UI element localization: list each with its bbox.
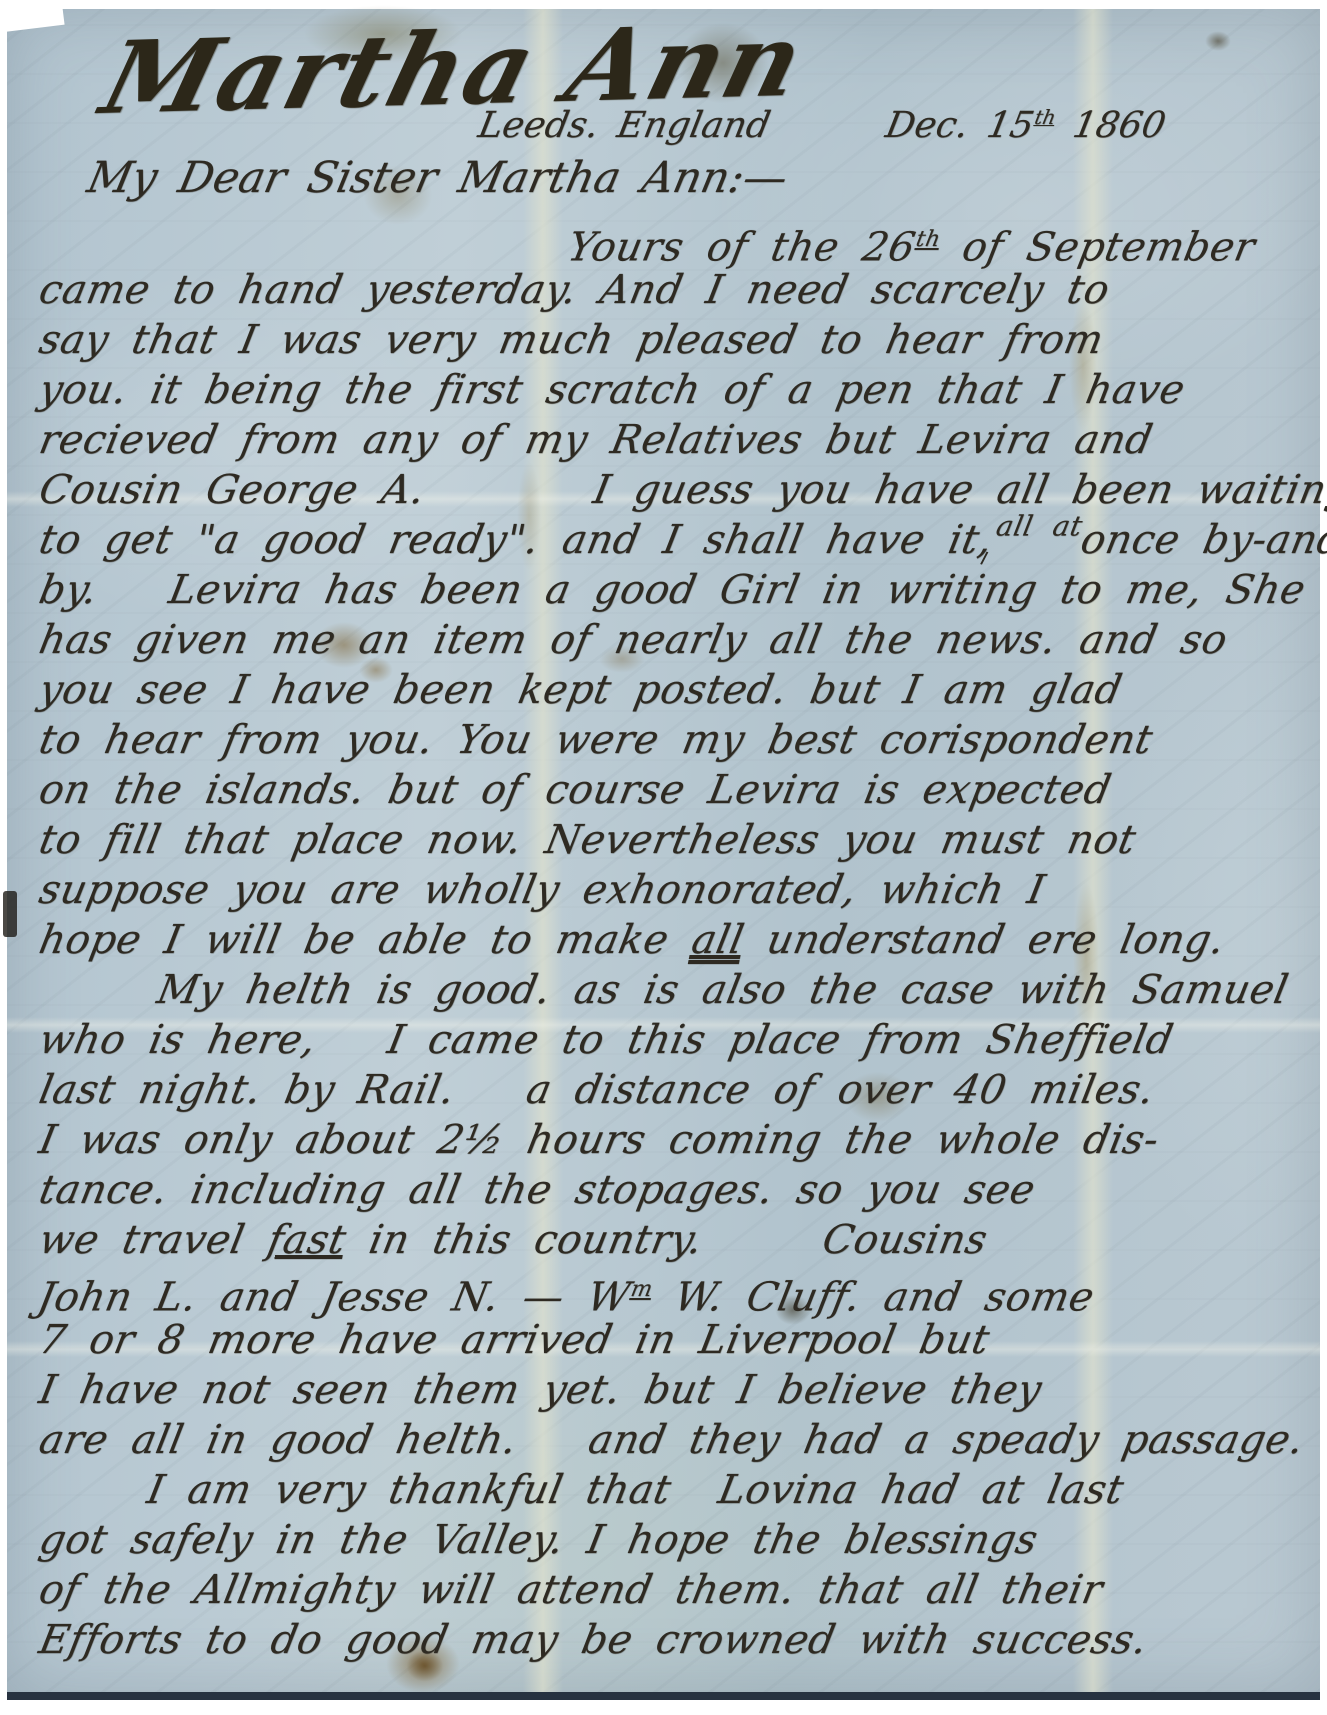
letter-text: Yours of the 26 [564, 224, 919, 270]
letter-line: are all in good helth. and they had a sp… [35, 1415, 1327, 1465]
letter-text: My helth is good. as is also the case wi… [153, 967, 1292, 1013]
letter-text: understand ere long. [739, 917, 1229, 963]
letter-line: I was only about 2½ hours coming the who… [35, 1115, 1327, 1165]
letter-text: hope I will be able to make [35, 917, 697, 963]
letter-text: in this country. Cousins [341, 1217, 991, 1263]
letter-line: hope I will be able to make all understa… [35, 915, 1327, 965]
letter-line: recieved from any of my Relatives but Le… [35, 415, 1327, 465]
letter-text: 7 or 8 more have arrived in Liverpool bu… [35, 1317, 993, 1363]
letter-text: Efforts to do good may be crowned with s… [35, 1617, 1151, 1663]
letter-text-underline: fast [264, 1217, 350, 1263]
letter-text: suppose you are wholly exhonorated, whic… [35, 867, 1049, 913]
letter-salutation: My Dear Sister Martha Ann:— [83, 153, 792, 203]
letter-text: tance. including all the stopages. so yo… [35, 1167, 1039, 1213]
letter-line: came to hand yesterday. And I need scarc… [35, 265, 1327, 315]
letter-line: tance. including all the stopages. so yo… [35, 1165, 1327, 1215]
letter-text-insert: all at [992, 502, 1087, 552]
letter-line: to get "a good ready". and I shall have … [35, 515, 1327, 565]
letter-line: you see I have been kept posted. but I a… [35, 665, 1327, 715]
letter-line: last night. by Rail. a distance of over … [35, 1065, 1327, 1115]
letter-text: of the Allmighty will attend them. that … [35, 1567, 1106, 1613]
letter-text: came to hand yesterday. And I need scarc… [35, 267, 1113, 313]
letter-line: 7 or 8 more have arrived in Liverpool bu… [35, 1315, 1327, 1365]
letter-line: say that I was very much pleased to hear… [35, 315, 1327, 365]
letter-text: I am very thankful that Lovina had at la… [143, 1467, 1127, 1513]
letter-text: you see I have been kept posted. but I a… [35, 667, 1126, 713]
letter-text: John L. and Jesse N. — W [34, 1274, 634, 1320]
letter-line: got safely in the Valley. I hope the ble… [35, 1515, 1327, 1565]
letter-text: are all in good helth. and they had a sp… [35, 1417, 1307, 1463]
letter-line: suppose you are wholly exhonorated, whic… [35, 865, 1327, 915]
letter-text: recieved from any of my Relatives but Le… [35, 417, 1156, 463]
letter-line: who is here, I came to this place from S… [35, 1015, 1327, 1065]
letter-line: by. Levira has been a good Girl in writi… [35, 565, 1327, 615]
letter-text: to get "a good ready". and I shall have … [35, 517, 996, 563]
letter-text: 1860 [1050, 105, 1169, 146]
letter-body: Yours of the 26th of Septembercame to ha… [35, 215, 1319, 1665]
letter-line: to fill that place now. Nevertheless you… [35, 815, 1327, 865]
letter-line: I am very thankful that Lovina had at la… [35, 1465, 1327, 1515]
letter-line: on the islands. but of course Levira is … [35, 765, 1327, 815]
letter-text: who is here, I came to this place from S… [35, 1017, 1177, 1063]
letter-line: Efforts to do good may be crowned with s… [35, 1615, 1327, 1665]
letter-text: got safely in the Valley. I hope the ble… [35, 1517, 1041, 1563]
letter-line: you. it being the first scratch of a pen… [35, 365, 1327, 415]
letter-line: Yours of the 26th of September [35, 215, 1327, 265]
scan-corner-notch [0, 0, 65, 33]
letter-text: I was only about 2½ hours coming the who… [35, 1117, 1162, 1163]
letter-line: of the Allmighty will attend them. that … [35, 1565, 1327, 1615]
letter-text: has given me an item of nearly all the n… [35, 617, 1231, 663]
letter-line: My helth is good. as is also the case wi… [35, 965, 1327, 1015]
letter-line: Cousin George A. I guess you have all be… [35, 465, 1327, 515]
letter-line: John L. and Jesse N. — Wm W. Cluff. and … [35, 1265, 1327, 1315]
letter-page: Martha Ann Leeds. England Dec. 15th 1860… [7, 9, 1320, 1700]
letter-text: last night. by Rail. a distance of over … [35, 1067, 1158, 1113]
letter-text: you. it being the first scratch of a pen… [35, 367, 1188, 413]
letter-line: to hear from you. You were my best coris… [35, 715, 1327, 765]
letter-dateline: Leeds. England Dec. 15th 1860 [475, 105, 1169, 146]
letter-text: I have not seen them yet. but I believe … [35, 1367, 1045, 1413]
letter-text: Leeds. England Dec. 15 [475, 105, 1037, 146]
stain-spot [1205, 31, 1231, 51]
letter-text: to hear from you. You were my best coris… [35, 717, 1156, 763]
letter-text: once by-and- [1077, 517, 1327, 563]
letter-text: to fill that place now. Nevertheless you… [35, 817, 1139, 863]
letter-text: Cousin George A. I guess you have all be… [35, 467, 1327, 513]
letter-line: we travel fast in this country. Cousins [35, 1215, 1327, 1265]
letter-text: on the islands. but of course Levira is … [35, 767, 1115, 813]
letter-text: say that I was very much pleased to hear… [35, 317, 1107, 363]
letter-line: has given me an item of nearly all the n… [35, 615, 1327, 665]
letter-line: I have not seen them yet. but I believe … [35, 1365, 1327, 1415]
letter-text: we travel [35, 1217, 272, 1263]
letter-text: by. Levira has been a good Girl in writi… [35, 567, 1309, 613]
letter-text: W. Cluff. and some [646, 1274, 1098, 1320]
margin-ink-mark [3, 891, 17, 937]
letter-text-underline2: all [688, 917, 748, 963]
letter-text: of September [934, 224, 1259, 270]
